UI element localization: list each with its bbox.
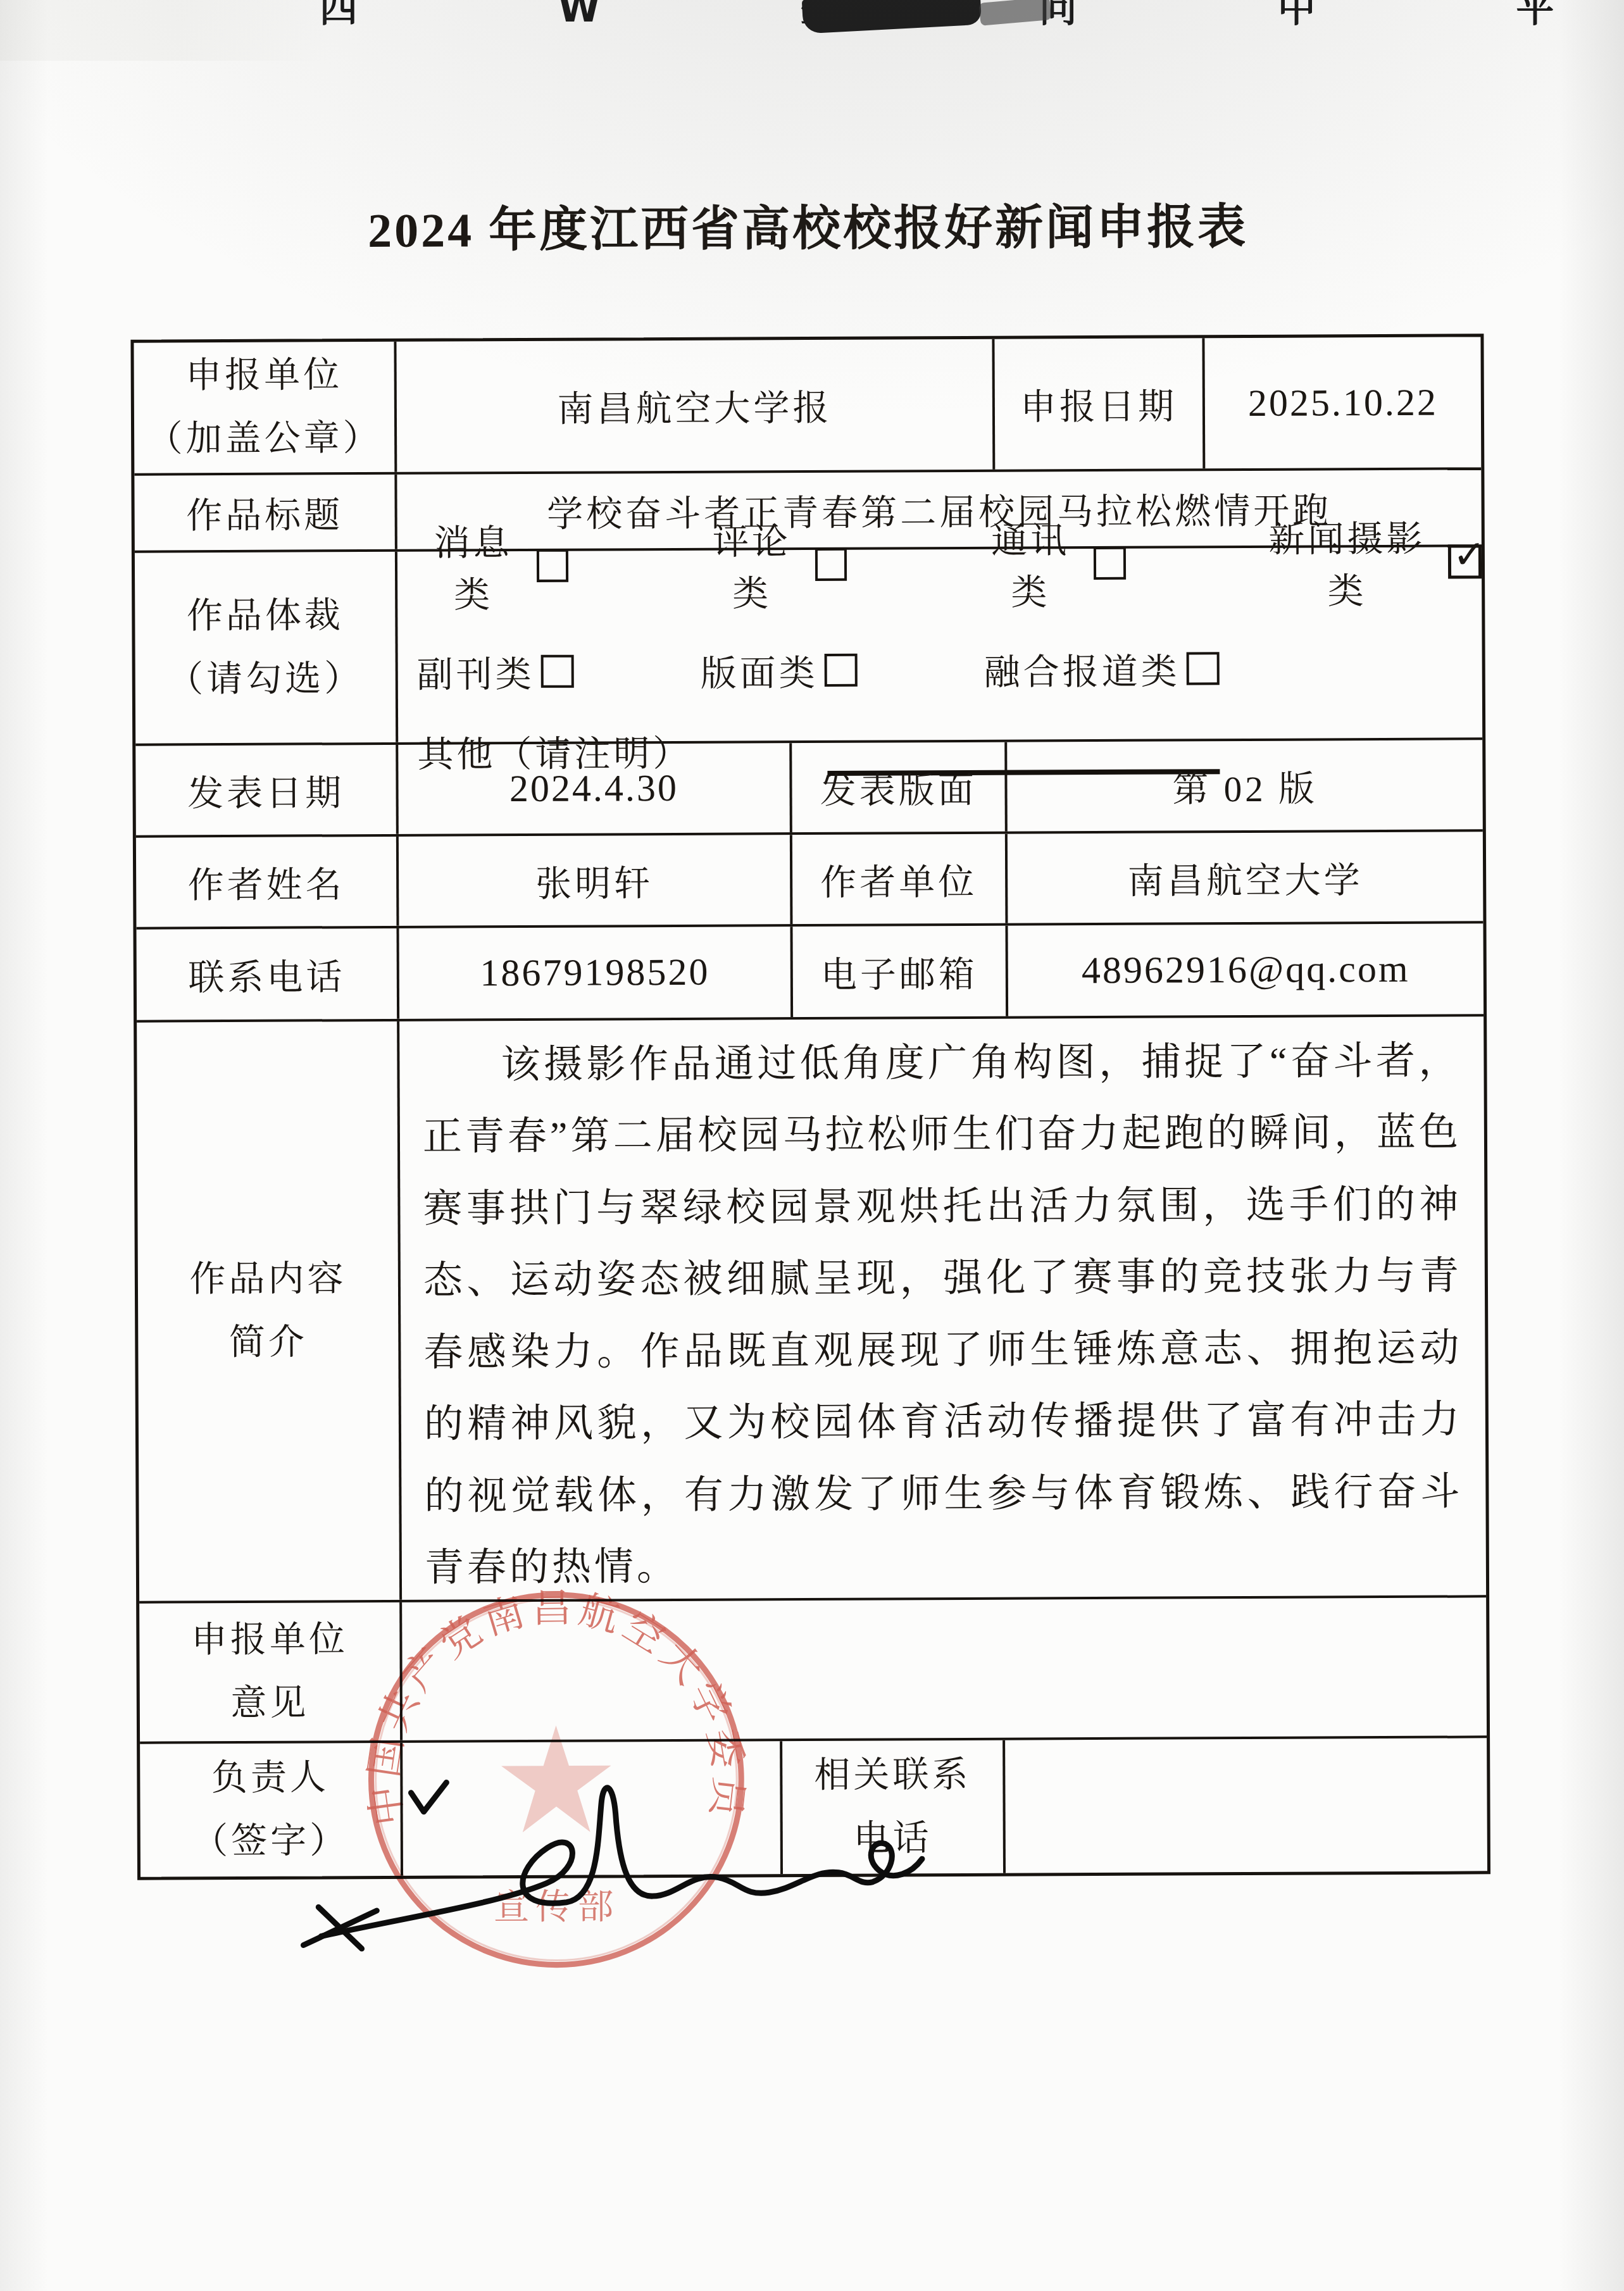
- publish-date-label-cell: 发表日期: [135, 745, 399, 835]
- genre-options-line1: 消息类 评论类 通讯类 新闻摄影类: [416, 509, 1482, 618]
- email-label-cell: 电子邮箱: [792, 926, 1008, 1017]
- row-declaring-unit: 申报单位 （加盖公章） 南昌航空大学报 申报日期 2025.10.22: [134, 337, 1481, 475]
- unit-value-cell: 南昌航空大学报: [396, 339, 995, 472]
- apply-date-value: 2025.10.22: [1248, 380, 1438, 425]
- genre-option-photography: 新闻摄影类 ✓: [1252, 509, 1482, 615]
- unit-label-cell: 申报单位 （加盖公章）: [134, 342, 397, 473]
- contact-label-line1: 相关联系: [814, 1744, 971, 1807]
- apply-date-value-cell: 2025.10.22: [1204, 337, 1481, 468]
- email-value-cell: 48962916@qq.com: [1008, 923, 1483, 1016]
- genre-option-commentary: 评论类: [695, 512, 847, 616]
- phone-label-cell: 联系电话: [137, 928, 400, 1020]
- checkbox-checked-icon: ✓: [1448, 544, 1482, 578]
- row-author: 作者姓名 张明轩 作者单位 南昌航空大学: [136, 832, 1483, 929]
- genre-option-communication: 通讯类: [973, 511, 1126, 615]
- unit-label-line1: 申报单位: [185, 344, 342, 408]
- genre-label-line1: 作品体裁: [187, 584, 344, 648]
- work-title-label: 作品标题: [186, 486, 343, 539]
- row-publish-date: 发表日期 2024.4.30 发表版面 第 02 版: [135, 740, 1483, 837]
- checkbox-unchecked-icon: [541, 654, 574, 687]
- signature-cross-stroke: [303, 1907, 377, 1949]
- genre-options-cell: 消息类 评论类 通讯类 新闻摄影类: [397, 547, 1482, 742]
- row-unit-opinion: 申报单位 意见: [139, 1597, 1487, 1744]
- checkbox-unchecked-icon: [815, 547, 847, 580]
- genre-label-cell: 作品体裁 （请勾选）: [135, 552, 398, 744]
- author-name-value-cell: 张明轩: [399, 835, 793, 926]
- author-unit-value-cell: 南昌航空大学: [1008, 832, 1483, 923]
- author-name-value: 张明轩: [535, 854, 653, 907]
- opinion-label-line1: 申报单位: [191, 1608, 348, 1672]
- publish-date-value: 2024.4.30: [509, 766, 678, 811]
- summary-text-cell: 该摄影作品通过低角度广角构图，捕捉了“奋斗者，正青春”第二届校园马拉松师生们奋力…: [399, 1016, 1486, 1599]
- row-genre: 作品体裁 （请勾选） 消息类 评论类: [135, 547, 1482, 746]
- opinion-label-line2: 意见: [230, 1671, 309, 1735]
- checkbox-unchecked-icon: [1187, 652, 1220, 685]
- author-unit-label-cell: 作者单位: [792, 834, 1008, 924]
- genre-options-line2: 副刊类 版面类 融合报道类: [417, 642, 1220, 698]
- signature-cell: [403, 1741, 783, 1876]
- checkbox-unchecked-icon: [825, 653, 858, 686]
- page-content: 2024 年度江西省高校校报好新闻申报表 申报单位 （加盖公章） 南昌航空大学报…: [0, 0, 1624, 2291]
- application-table: 申报单位 （加盖公章） 南昌航空大学报 申报日期 2025.10.22 作品标题: [130, 334, 1490, 1880]
- phone-value-cell: 18679198520: [399, 927, 793, 1019]
- contact-phone-label-cell: 相关联系 电话: [782, 1740, 1006, 1875]
- genre-option-news: 消息类: [416, 513, 569, 618]
- scanned-form-page: 四 W 生 问 中 平 川 技 城 加 2024 年度江西省高校校报好新闻申报表…: [0, 0, 1624, 2291]
- phone-value: 18679198520: [480, 951, 709, 996]
- checkbox-unchecked-icon: [537, 549, 569, 582]
- summary-text: 该摄影作品通过低角度广角构图，捕捉了“奋斗者，正青春”第二届校园马拉松师生们奋力…: [422, 1026, 1463, 1605]
- opinion-label-cell: 申报单位 意见: [139, 1602, 403, 1742]
- author-unit-value: 南昌航空大学: [1127, 851, 1363, 904]
- publish-page-label-cell: 发表版面: [792, 742, 1008, 832]
- checkbox-unchecked-icon: [1094, 546, 1126, 579]
- contact-label-line2: 电话: [854, 1807, 932, 1870]
- publish-page-value: 第 02 版: [1172, 759, 1318, 812]
- seal-bottom-text: 宣传部: [494, 1888, 620, 1928]
- publish-date-value-cell: 2024.4.30: [398, 743, 792, 834]
- genre-option-supplement: 副刊类: [417, 645, 574, 697]
- genre-option-integrated: 融合报道类: [984, 642, 1220, 696]
- opinion-value-cell: [402, 1597, 1487, 1740]
- summary-label-cell: 作品内容 简介: [137, 1021, 402, 1601]
- unit-label-line2: （加盖公章）: [146, 407, 382, 471]
- email-value: 48962916@qq.com: [1082, 947, 1410, 992]
- summary-label-line1: 作品内容: [189, 1247, 346, 1311]
- work-title-label-cell: 作品标题: [134, 475, 397, 551]
- author-name-label-cell: 作者姓名: [136, 837, 399, 927]
- row-summary: 作品内容 简介 该摄影作品通过低角度广角构图，捕捉了“奋斗者，正青春”第二届校园…: [137, 1016, 1486, 1603]
- principal-label-cell: 负责人 （签字）: [140, 1743, 403, 1877]
- apply-date-label: 申报日期: [1020, 377, 1177, 430]
- summary-label-line2: 简介: [229, 1311, 308, 1374]
- form-title: 2024 年度江西省高校校报好新闻申报表: [0, 186, 1620, 262]
- principal-label-line1: 负责人: [211, 1747, 329, 1811]
- genre-option-layout: 版面类: [701, 644, 858, 696]
- contact-phone-value-cell: [1005, 1738, 1487, 1873]
- genre-label-line2: （请勾选）: [167, 647, 363, 711]
- row-contact: 联系电话 18679198520 电子邮箱 48962916@qq.com: [137, 923, 1484, 1022]
- publish-page-value-cell: 第 02 版: [1007, 740, 1483, 831]
- unit-value: 南昌航空大学报: [557, 379, 832, 432]
- row-principal: 负责人 （签字） 相关联系 电话: [140, 1738, 1487, 1876]
- checkmark-icon: ✓: [1452, 535, 1489, 574]
- apply-date-label-cell: 申报日期: [994, 338, 1205, 469]
- principal-label-line2: （签字）: [192, 1809, 349, 1873]
